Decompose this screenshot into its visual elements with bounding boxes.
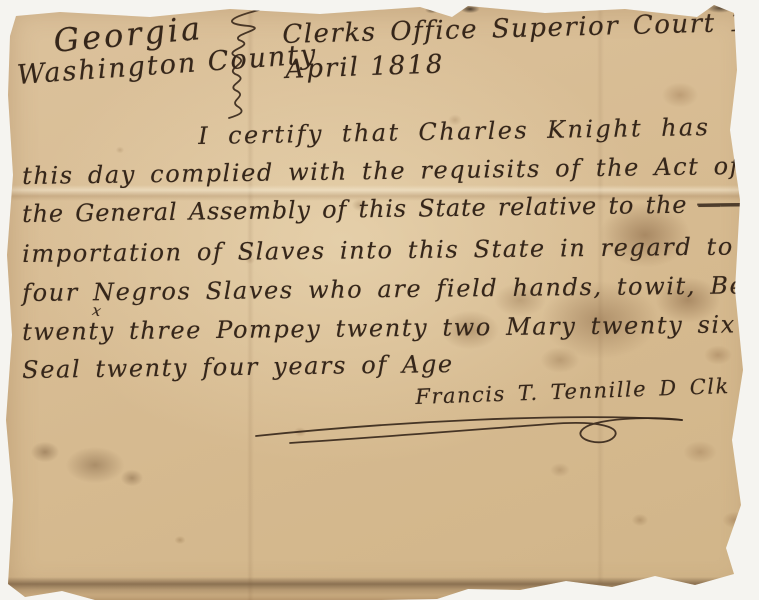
body-line-1: I certify that Charles Knight has — [198, 113, 711, 150]
office-line: Clerks Office Superior Court 16 — [282, 7, 759, 50]
signature-flourish — [250, 402, 710, 462]
paper-sheet: Georgia Washington County Clerks Office … — [0, 0, 759, 600]
struck-out-word: ——— — [697, 190, 759, 219]
body-line-3: the General Assembly of this State relat… — [22, 190, 759, 228]
body-line-2: this day complied with the requisits of … — [22, 152, 740, 190]
body-line-4: importation of Slaves into this State in… — [22, 233, 734, 268]
body-line-5: four Negros Slaves who are field hands, … — [22, 271, 759, 307]
body-line-3-text: the General Assembly of this State relat… — [22, 191, 687, 228]
date-line: April 1818 — [285, 49, 445, 85]
brace-squiggle — [215, 8, 270, 120]
body-line-7: Seal twenty four years of Age — [22, 350, 454, 384]
body-line-6: twenty three Pompey twenty two Mary twen… — [22, 310, 759, 346]
scanned-document: Georgia Washington County Clerks Office … — [0, 0, 759, 600]
